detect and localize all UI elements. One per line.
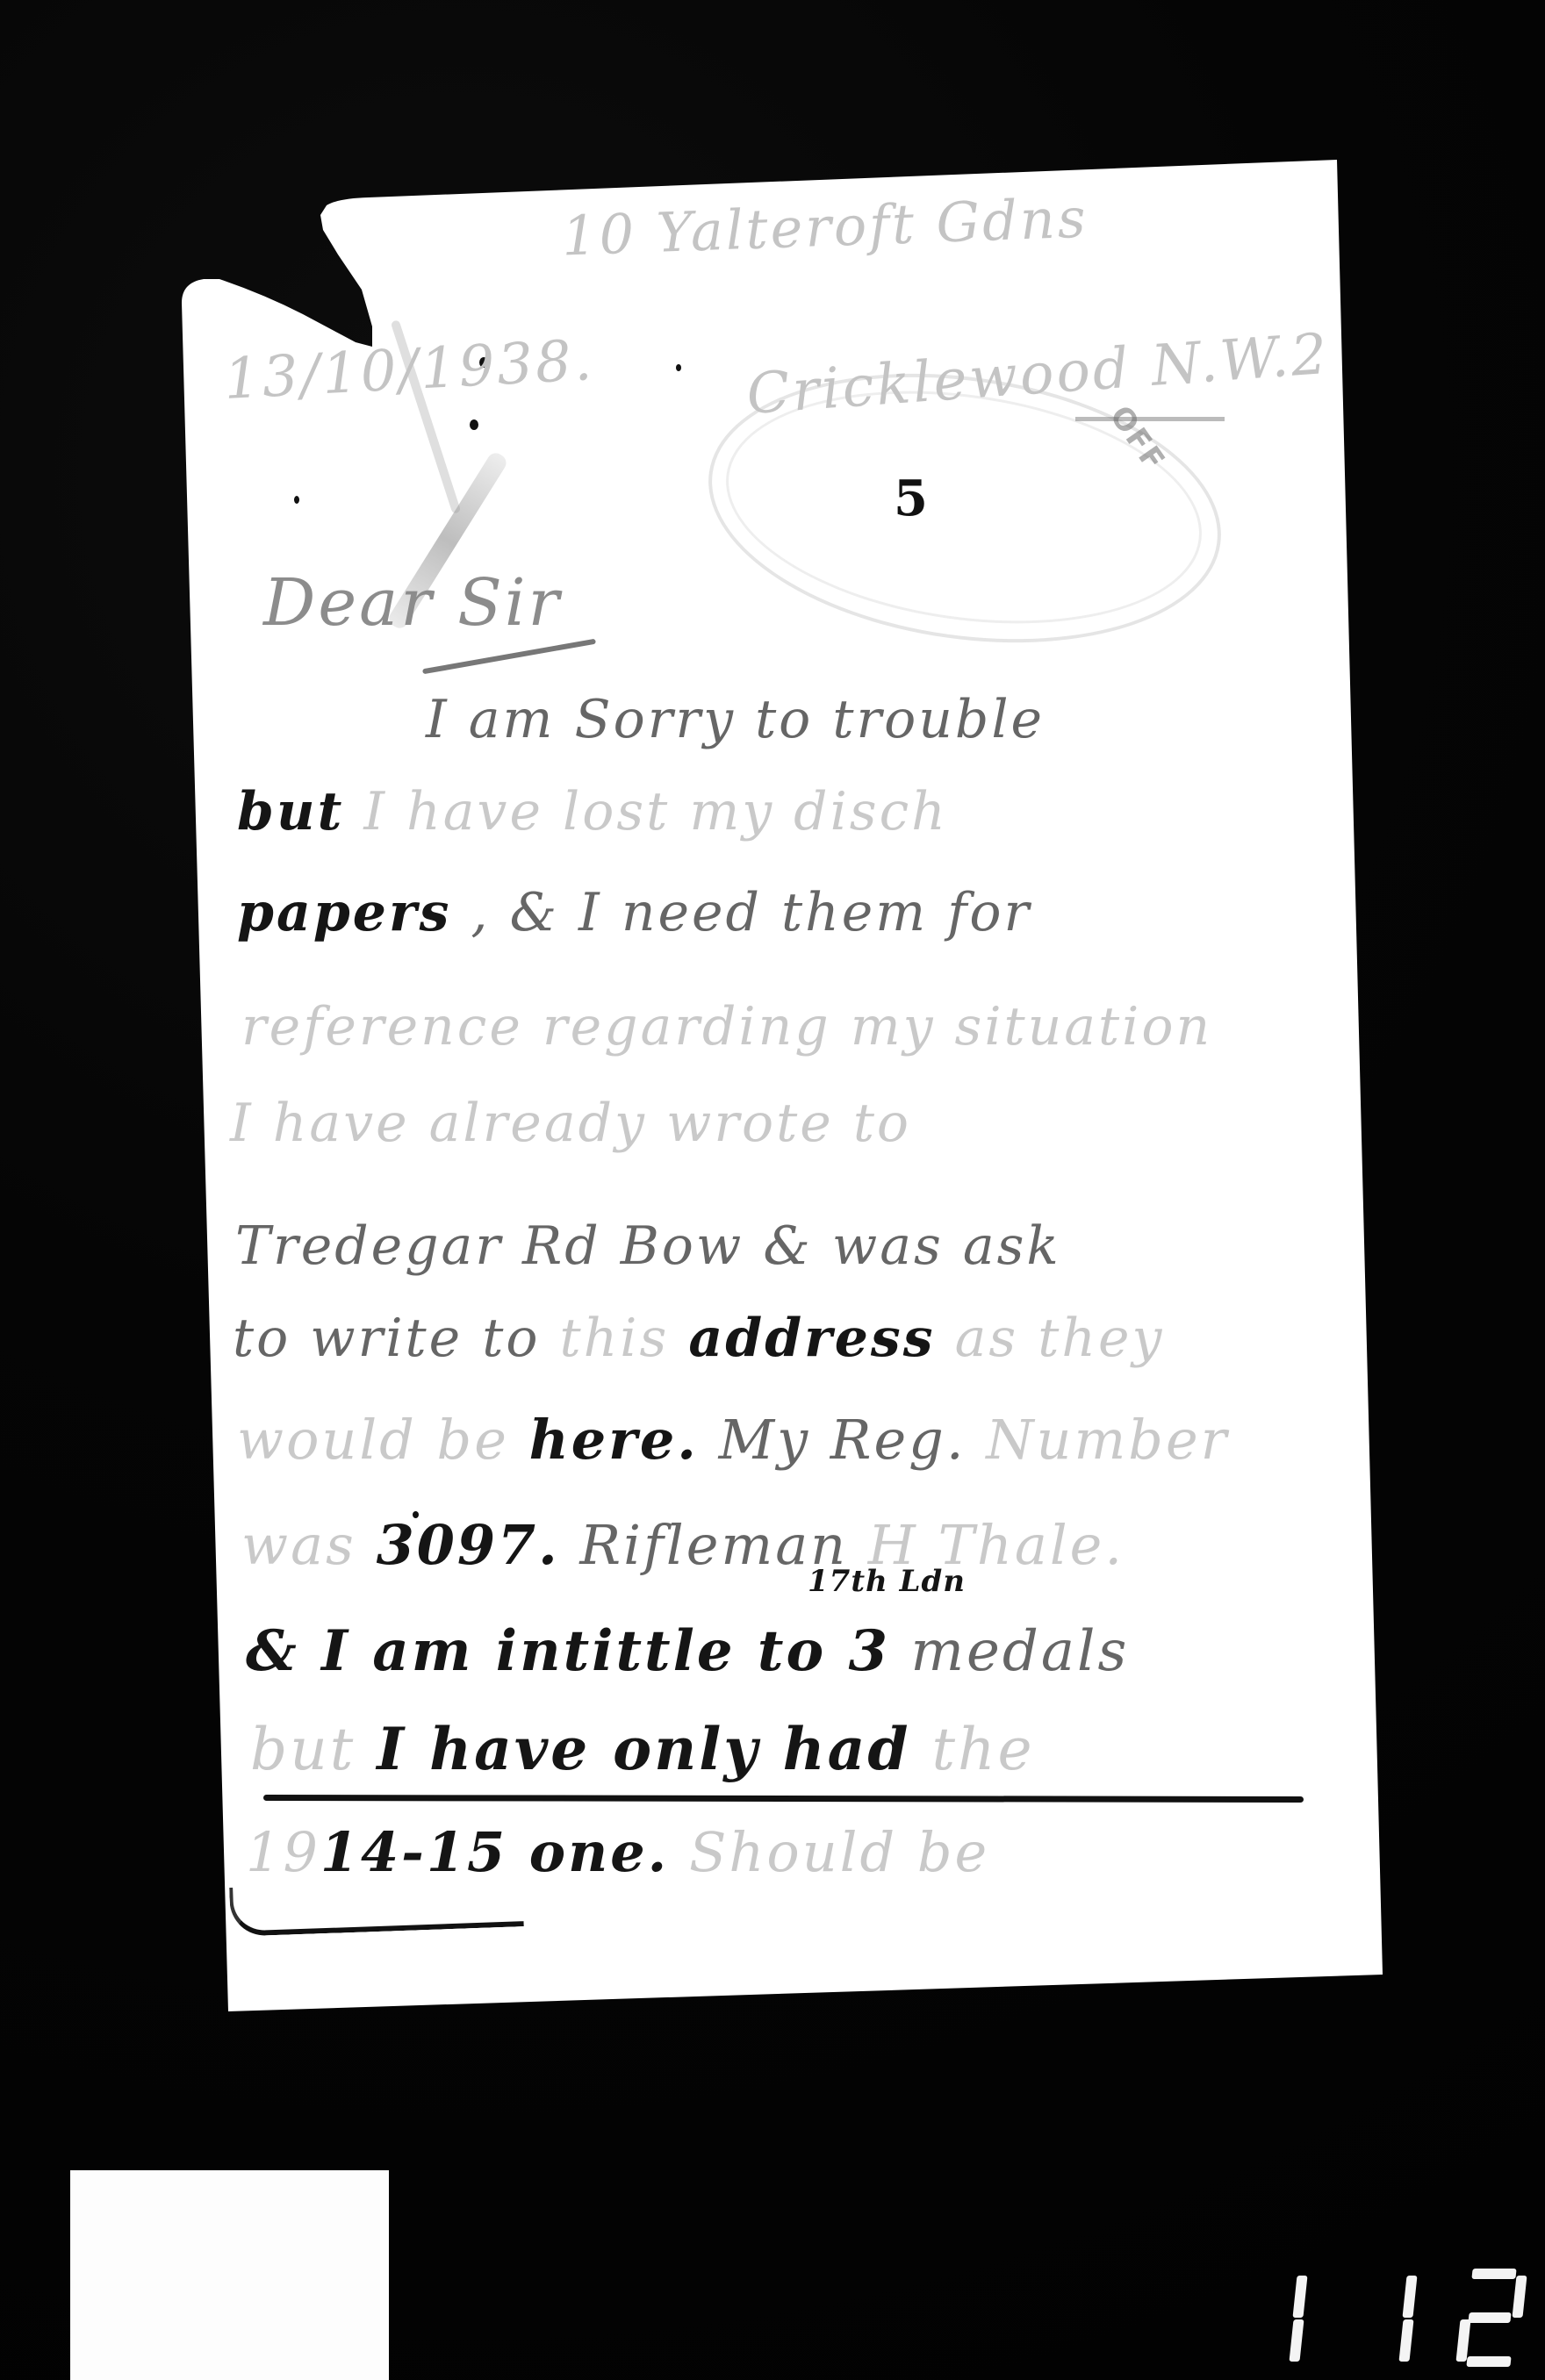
handwritten-word-group: I am Sorry to trouble (426, 689, 1045, 750)
handwritten-word-group: My Reg. (699, 1408, 986, 1472)
salutation: Dear Sir (263, 570, 562, 635)
digit-segment (1512, 2276, 1527, 2318)
body-line: papers , & I need them for (237, 886, 1031, 939)
ink-spot (294, 496, 299, 504)
handwritten-word-group: & I am intittle to 3 (246, 1618, 890, 1684)
ink-spot (470, 419, 478, 430)
handwritten-word-group: but (237, 781, 344, 842)
handwritten-word-group: address (688, 1308, 935, 1369)
body-line: reference regarding my situation (241, 1000, 1212, 1053)
handwritten-word-group: Should be (669, 1820, 989, 1884)
handwritten-word-group: I have only had (377, 1715, 910, 1783)
handwritten-word-group: as they (936, 1308, 1165, 1369)
ink-spot (676, 364, 681, 371)
handwritten-word-group: medals (890, 1619, 1129, 1684)
handwritten-word-group: Rifleman (560, 1513, 848, 1577)
body-line: Tredegar Rd Bow & was ask (235, 1220, 1061, 1272)
index-card-blank (70, 2170, 389, 2380)
handwritten-word-group: this (560, 1308, 689, 1369)
folio-number: 5 (894, 474, 931, 523)
handwritten-word-group: to write to (233, 1308, 560, 1369)
handwritten-word-group: Tredegar Rd Bow & was ask (235, 1215, 1061, 1277)
body-line: but I have lost my disch (237, 785, 948, 838)
body-line: I have already wrote to (230, 1097, 911, 1150)
handwritten-word-group: here. (529, 1408, 699, 1472)
digit-segment (1292, 2276, 1307, 2318)
handwritten-word-group: , & I need them for (451, 882, 1031, 943)
digit-segment (1398, 2319, 1413, 2362)
handwritten-word-group: 19 (246, 1820, 320, 1884)
counter-digit (1233, 2269, 1343, 2367)
handwritten-word-group: 3097. (377, 1513, 560, 1577)
handwritten-word-group: 14-15 one. (320, 1820, 669, 1884)
insertion-note: 17th Ldn (808, 1566, 966, 1596)
handwritten-word-group: I have lost my disch (344, 781, 948, 842)
handwritten-word-group: reference regarding my situation (241, 996, 1212, 1057)
body-line: to write to this address as they (233, 1312, 1164, 1365)
handwritten-word-group: would be (237, 1408, 529, 1472)
counter-digit (1453, 2269, 1545, 2367)
handwritten-word-group: the (911, 1716, 1035, 1783)
counter-digit (1343, 2269, 1453, 2367)
body-line: I am Sorry to trouble (426, 693, 1045, 746)
handwritten-word-group: Number (986, 1408, 1229, 1472)
handwritten-word-group: but (250, 1716, 377, 1783)
year-underline (229, 1877, 524, 1937)
frame-counter (1233, 2269, 1545, 2369)
body-line: 1914-15 one. Should be (246, 1825, 989, 1880)
handwritten-word-group: papers (237, 882, 451, 943)
digit-segment (1289, 2319, 1304, 2362)
digit-segment (1455, 2319, 1470, 2362)
body-line: but I have only had the (250, 1720, 1035, 1779)
digit-segment (1471, 2269, 1516, 2279)
body-line: would be here. My Reg. Number (237, 1413, 1229, 1467)
digit-segment (1466, 2356, 1511, 2367)
body-line: was 3097. Rifleman H Thale. (241, 1518, 1125, 1573)
handwritten-word-group: I have already wrote to (230, 1093, 911, 1154)
postmark-stamp-bar (1075, 417, 1225, 421)
digit-segment (1402, 2276, 1417, 2318)
body-line: & I am intittle to 3 medals (246, 1624, 1129, 1680)
digit-segment (1468, 2312, 1511, 2323)
handwritten-word-group: was (241, 1513, 377, 1577)
